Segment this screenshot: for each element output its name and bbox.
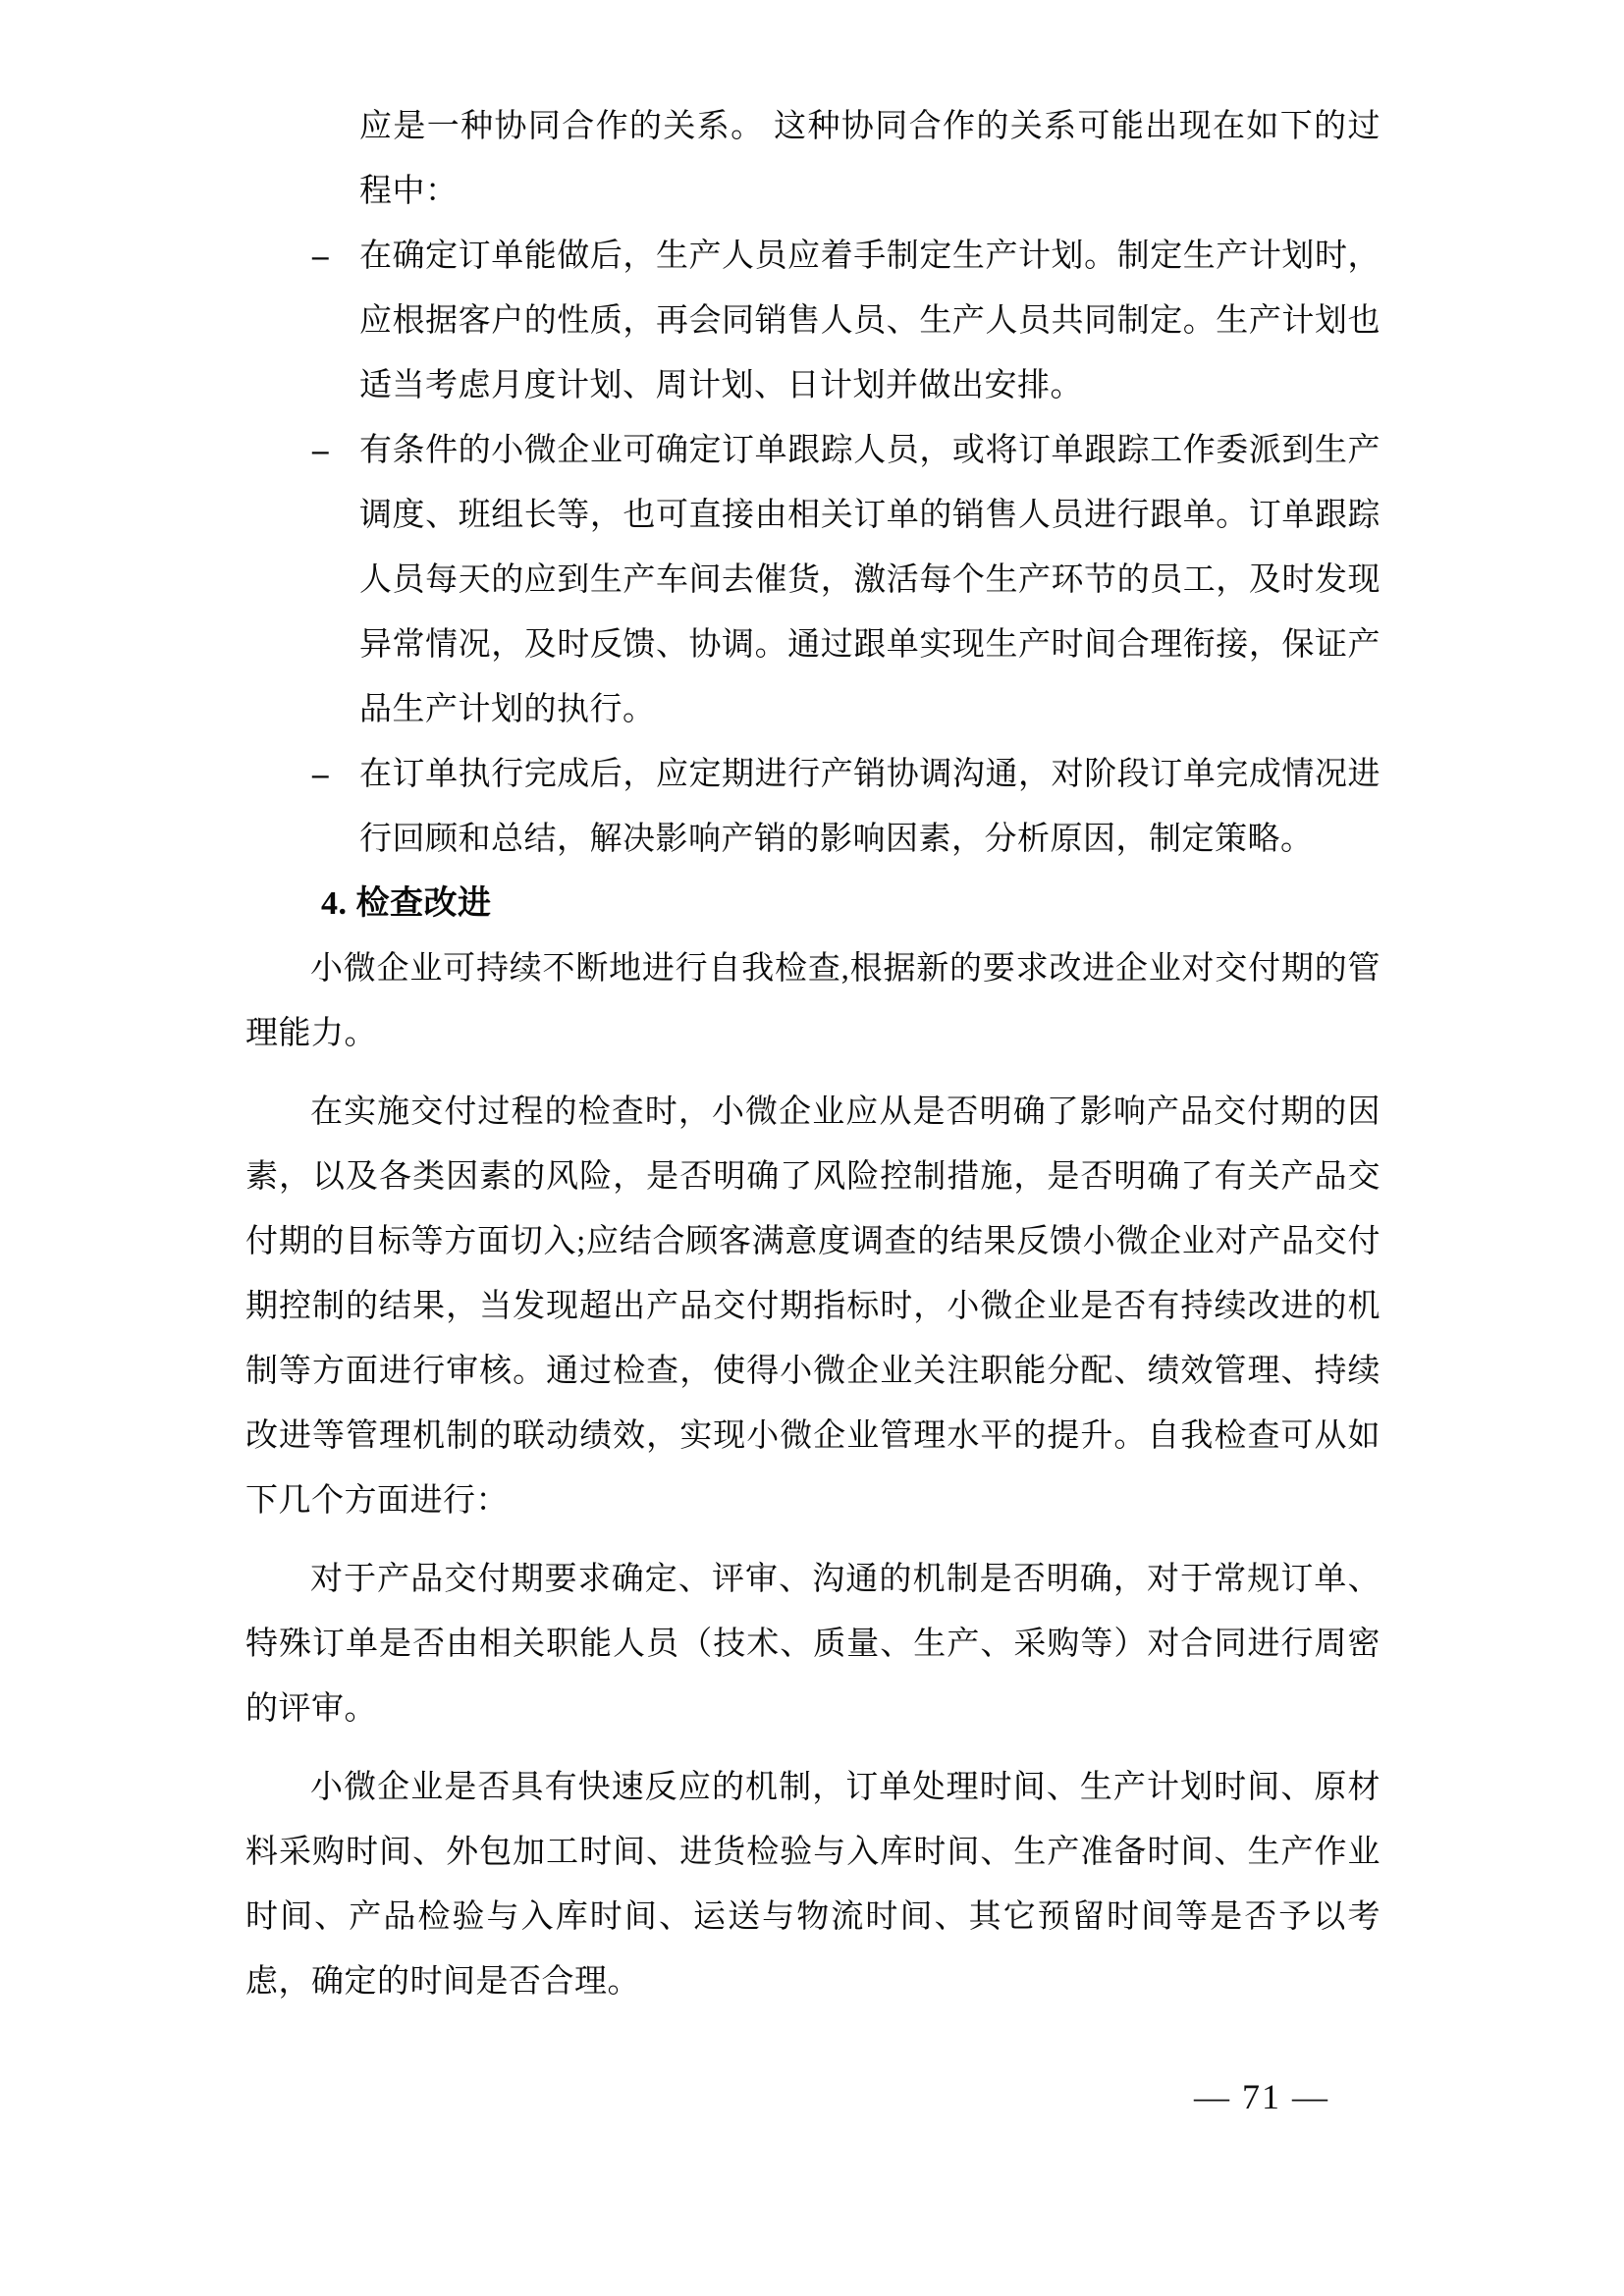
document-body: 应是一种协同合作的关系。 这种协同合作的关系可能出现在如下的过程中： –在确定订… — [245, 94, 1380, 2014]
continuation-paragraph: 应是一种协同合作的关系。 这种协同合作的关系可能出现在如下的过程中： — [359, 94, 1380, 224]
dash-bullet-icon: – — [312, 224, 352, 289]
paragraph: 小微企业是否具有快速反应的机制，订单处理时间、生产计划时间、原材料采购时间、外包… — [245, 1755, 1380, 2014]
dash-bullet-icon: – — [312, 742, 352, 807]
list-item-text: 在订单执行完成后，应定期进行产销协调沟通，对阶段订单完成情况进行回顾和总结，解决… — [359, 757, 1380, 857]
list-item: –在订单执行完成后，应定期进行产销协调沟通，对阶段订单完成情况进行回顾和总结，解… — [359, 742, 1380, 872]
paragraph: 对于产品交付期要求确定、评审、沟通的机制是否明确，对于常规订单、特殊订单是否由相… — [245, 1547, 1380, 1741]
list-item: –有条件的小微企业可确定订单跟踪人员，或将订单跟踪工作委派到生产调度、班组长等，… — [359, 418, 1380, 742]
page-number: — 71 — — [1159, 2073, 1365, 2120]
list-item: –在确定订单能做后，生产人员应着手制定生产计划。制定生产计划时，应根据客户的性质… — [359, 224, 1380, 418]
list-item-text: 在确定订单能做后，生产人员应着手制定生产计划。制定生产计划时，应根据客户的性质，… — [359, 239, 1380, 403]
document-page: 应是一种协同合作的关系。 这种协同合作的关系可能出现在如下的过程中： –在确定订… — [0, 0, 1624, 2296]
list-item-text: 有条件的小微企业可确定订单跟踪人员，或将订单跟踪工作委派到生产调度、班组长等，也… — [359, 433, 1380, 727]
section-heading: 4. 检查改进 — [245, 872, 1380, 936]
dash-list: –在确定订单能做后，生产人员应着手制定生产计划。制定生产计划时，应根据客户的性质… — [245, 224, 1380, 872]
paragraph: 小微企业可持续不断地进行自我检查,根据新的要求改进企业对交付期的管理能力。 — [245, 936, 1380, 1066]
paragraph: 在实施交付过程的检查时，小微企业应从是否明确了影响产品交付期的因素，以及各类因素… — [245, 1080, 1380, 1533]
dash-bullet-icon: – — [312, 418, 352, 483]
